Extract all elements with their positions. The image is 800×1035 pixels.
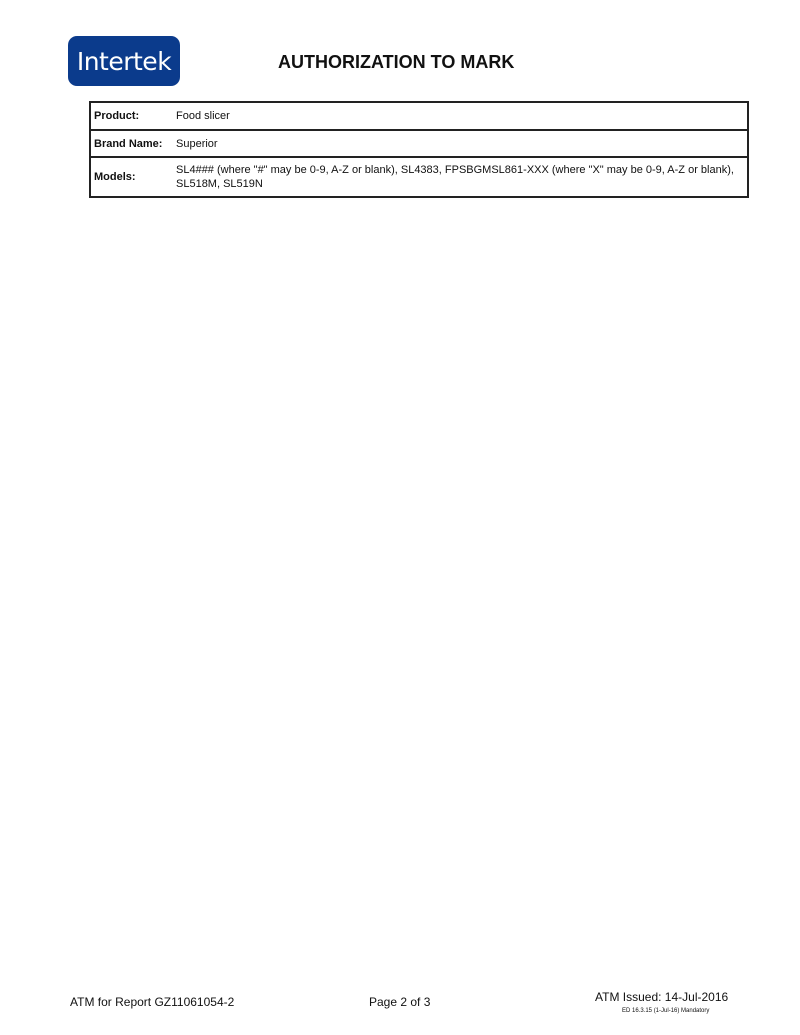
footer-report: ATM for Report GZ11061054-2 [70, 995, 234, 1009]
footer-edition: ED 16.3.15 (1-Jul-16) Mandatory [622, 1008, 709, 1014]
footer-issued-date: ATM Issued: 14-Jul-2016 [595, 990, 728, 1004]
intertek-logo: Intertek [68, 36, 180, 86]
table-row-product: Product: Food slicer [90, 102, 748, 130]
footer-page-number: Page 2 of 3 [369, 995, 430, 1009]
table-row-brand: Brand Name: Superior [90, 130, 748, 157]
product-info-table: Product: Food slicer Brand Name: Superio… [89, 101, 749, 198]
brand-value: Superior [173, 130, 748, 157]
brand-label: Brand Name: [90, 130, 173, 157]
table-row-models: Models: SL4### (where "#" may be 0-9, A-… [90, 157, 748, 197]
models-value: SL4### (where "#" may be 0-9, A-Z or bla… [173, 157, 748, 197]
page-title: AUTHORIZATION TO MARK [278, 52, 514, 73]
product-value: Food slicer [173, 102, 748, 130]
models-label: Models: [90, 157, 173, 197]
product-label: Product: [90, 102, 173, 130]
logo-text: Intertek [77, 47, 171, 76]
